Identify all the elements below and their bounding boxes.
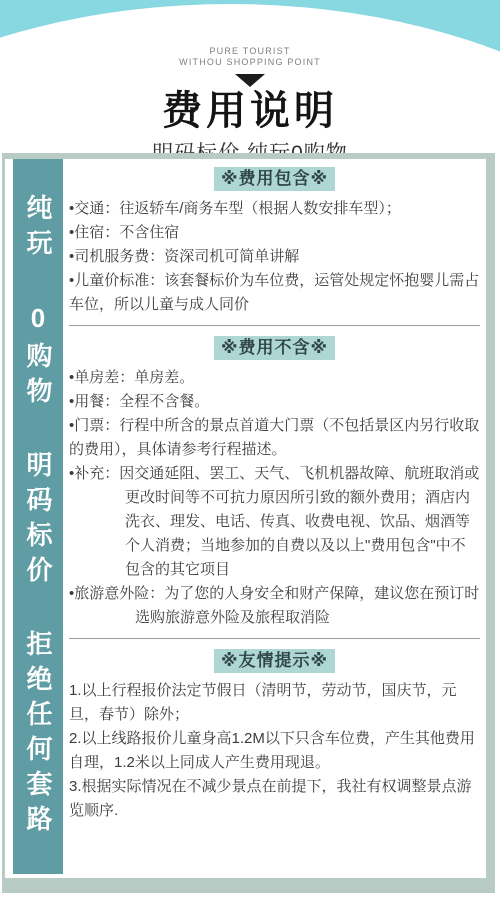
content-frame: 纯玩 0购物 明码标价 拒绝任何套路 ※费用包含※ •交通：往返轿车/商务车型（…: [2, 153, 495, 893]
header-content: PURE TOURIST WITHOU SHOPPING POINT 费用说明 …: [0, 0, 500, 153]
header: PURE TOURIST WITHOU SHOPPING POINT 费用说明 …: [0, 0, 500, 153]
section-divider: [69, 638, 480, 639]
tagline: PURE TOURIST WITHOU SHOPPING POINT: [0, 46, 500, 68]
friendly-tips-list: 1.以上行程报价法定节假日（清明节，劳动节，国庆节，元旦，春节）除外； 2.以上…: [69, 679, 480, 823]
section-friendly-tips: ※友情提示※ 1.以上行程报价法定节假日（清明节，劳动节，国庆节，元旦，春节）除…: [69, 649, 480, 823]
list-item: 3.根据实际情况在不减少景点在前提下，我社有权调整景点游览顺序.: [69, 775, 480, 823]
list-item: •交通：往返轿车/商务车型（根据人数安排车型）；: [69, 197, 480, 221]
fee-excluded-list: •单房差：单房差。 •用餐：全程不含餐。 •门票：行程中所含的景点首道大门票（不…: [69, 366, 480, 630]
section-fee-included: ※费用包含※ •交通：往返轿车/商务车型（根据人数安排车型）； •住宿：不含住宿…: [69, 167, 480, 317]
page-title: 费用说明: [0, 89, 500, 133]
section-divider: [69, 325, 480, 326]
section-heading-fee-included: ※费用包含※: [214, 167, 335, 191]
list-item: •司机服务费：资深司机可简单讲解: [69, 245, 480, 269]
fee-included-list: •交通：往返轿车/商务车型（根据人数安排车型）； •住宿：不含住宿 •司机服务费…: [69, 197, 480, 317]
sidebar-vertical-text: 纯玩 0购物 明码标价 拒绝任何套路: [13, 194, 63, 840]
section-heading-friendly-tips: ※友情提示※: [214, 649, 335, 673]
page-subtitle: 明码标价 纯玩0购物: [0, 137, 500, 153]
list-item: •单房差：单房差。: [69, 366, 480, 390]
section-fee-excluded: ※费用不含※ •单房差：单房差。 •用餐：全程不含餐。 •门票：行程中所含的景点…: [69, 336, 480, 630]
list-item: 1.以上行程报价法定节假日（清明节，劳动节，国庆节，元旦，春节）除外；: [69, 679, 480, 727]
list-item: •门票：行程中所含的景点首道大门票（不包括景区内另行收取的费用），具体请参考行程…: [69, 414, 480, 462]
list-item: •旅游意外险：为了您的人身安全和财产保障，建议您在预订时选购旅游意外险及旅程取消…: [69, 582, 480, 630]
tagline-line2: WITHOU SHOPPING POINT: [0, 57, 500, 68]
section-heading-fee-excluded: ※费用不含※: [214, 336, 335, 360]
list-item: •补充：因交通延阻、罢工、天气、飞机机器故障、航班取消或更改时间等不可抗力原因所…: [69, 462, 480, 582]
list-item: •住宿：不含住宿: [69, 221, 480, 245]
list-item: •儿童价标准：该套餐标价为车位费，运管处规定怀抱婴儿需占车位，所以儿童与成人同价: [69, 269, 480, 317]
tagline-line1: PURE TOURIST: [0, 46, 500, 57]
triangle-down-icon: [235, 74, 265, 87]
list-item: 2.以上线路报价儿童身高1.2M以下只含车位费，产生其他费用自理，1.2米以上同…: [69, 727, 480, 775]
main-content: ※费用包含※ •交通：往返轿车/商务车型（根据人数安排车型）； •住宿：不含住宿…: [67, 159, 486, 823]
sidebar-banner: 纯玩 0购物 明码标价 拒绝任何套路: [13, 159, 63, 874]
list-item: •用餐：全程不含餐。: [69, 390, 480, 414]
